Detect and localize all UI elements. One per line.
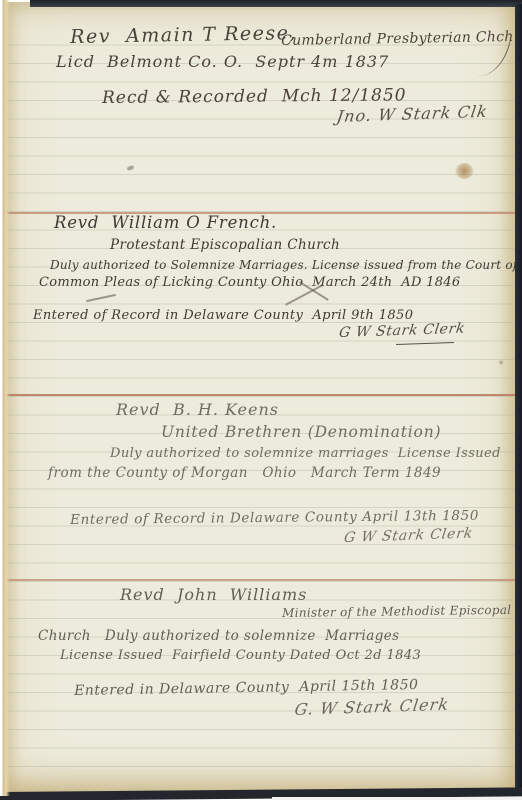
ledger-scan: Rev Amain T Reese, Cumberland Presbyteri…: [0, 0, 522, 800]
small-stain: [498, 360, 504, 365]
entry3-county-line: from the County of Morgan Ohio March Ter…: [48, 466, 441, 481]
section-divider: [7, 394, 515, 396]
entry1-recorded-line: Recd & Recorded Mch 12/1850: [102, 86, 407, 107]
section-divider: [7, 579, 515, 581]
entry4-license-line: License Issued Fairfield County Dated Oc…: [60, 649, 421, 663]
entry3-authorized-line: Duly authorized to solemnize marriages L…: [110, 447, 501, 461]
page-torn-edge: [0, 0, 11, 796]
entry2-church-line: Protestant Episcopalian Church: [110, 238, 340, 253]
entry1-license-line: Licd Belmont Co. O. Septr 4m 1837: [56, 53, 389, 71]
entry3-church-line: United Brethren (Denomination): [161, 424, 441, 441]
entry1-name-line: Rev Amain T Reese,: [70, 23, 297, 48]
entry2-court-line: Common Pleas of Licking County Ohio Marc…: [39, 276, 460, 290]
ink-stain: [455, 163, 474, 179]
entry3-name-line: Revd B. H. Keens: [116, 401, 279, 419]
scan-edge-top: [30, 0, 522, 7]
entry4-name-line: Revd John Williams: [120, 586, 307, 604]
entry4-authorized-line: Church Duly authorized to solemnize Marr…: [38, 629, 399, 644]
entry2-entered-line: Entered of Record in Delaware County Apr…: [33, 309, 413, 323]
scan-edge-right: [515, 4, 522, 792]
entry2-authorized-line: Duly authorized to Solemnize Marriages. …: [50, 259, 517, 272]
entry2-name-line: Revd William O French.: [54, 214, 277, 232]
